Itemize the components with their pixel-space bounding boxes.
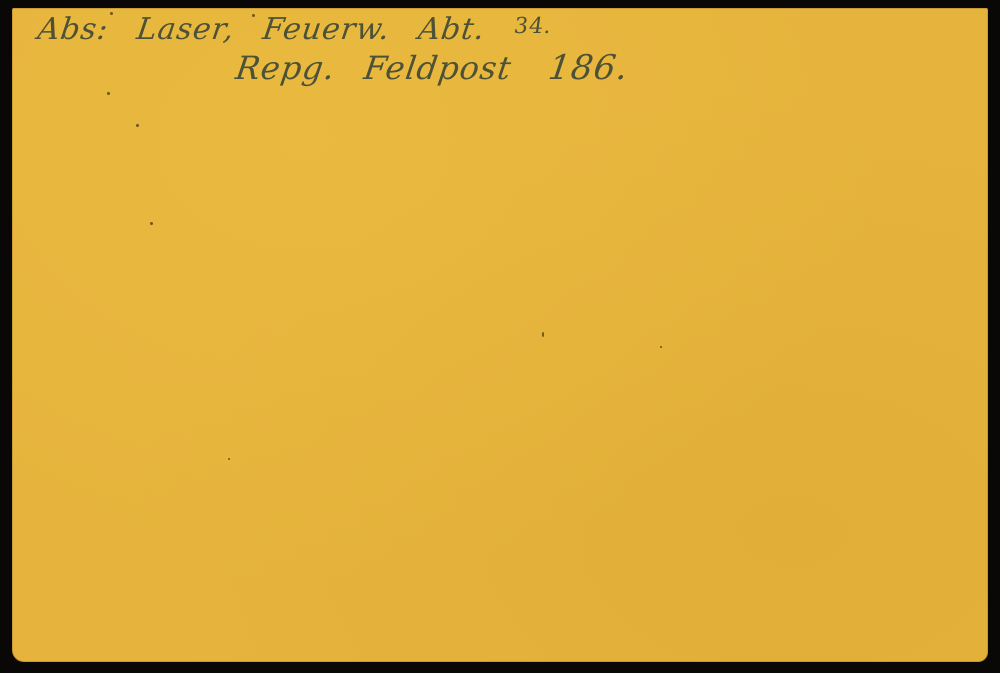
handwritten-word: Feuerw. [261, 12, 393, 47]
handwritten-unit-number: 34. [512, 14, 554, 39]
paper-speck [660, 346, 662, 348]
handwritten-word: Laser, [134, 12, 236, 47]
paper-speck [150, 222, 153, 225]
handwritten-word: Feldpost [362, 49, 514, 87]
paper-speck [136, 124, 139, 127]
paper-speck [228, 458, 230, 460]
handwritten-word: Abt. [416, 12, 487, 47]
handwritten-sender-line: Abs: Laser, Feuerw. Abt. 34. [36, 12, 554, 47]
handwritten-fieldpost-line: Repg. Feldpost 186. [233, 48, 631, 88]
paper-speck [107, 92, 110, 95]
postal-card [12, 8, 988, 662]
paper-speck [542, 332, 544, 337]
handwritten-word: Repg. [233, 49, 338, 87]
handwritten-word: Abs: [36, 12, 111, 47]
handwritten-fieldpost-number: 186. [546, 48, 631, 88]
